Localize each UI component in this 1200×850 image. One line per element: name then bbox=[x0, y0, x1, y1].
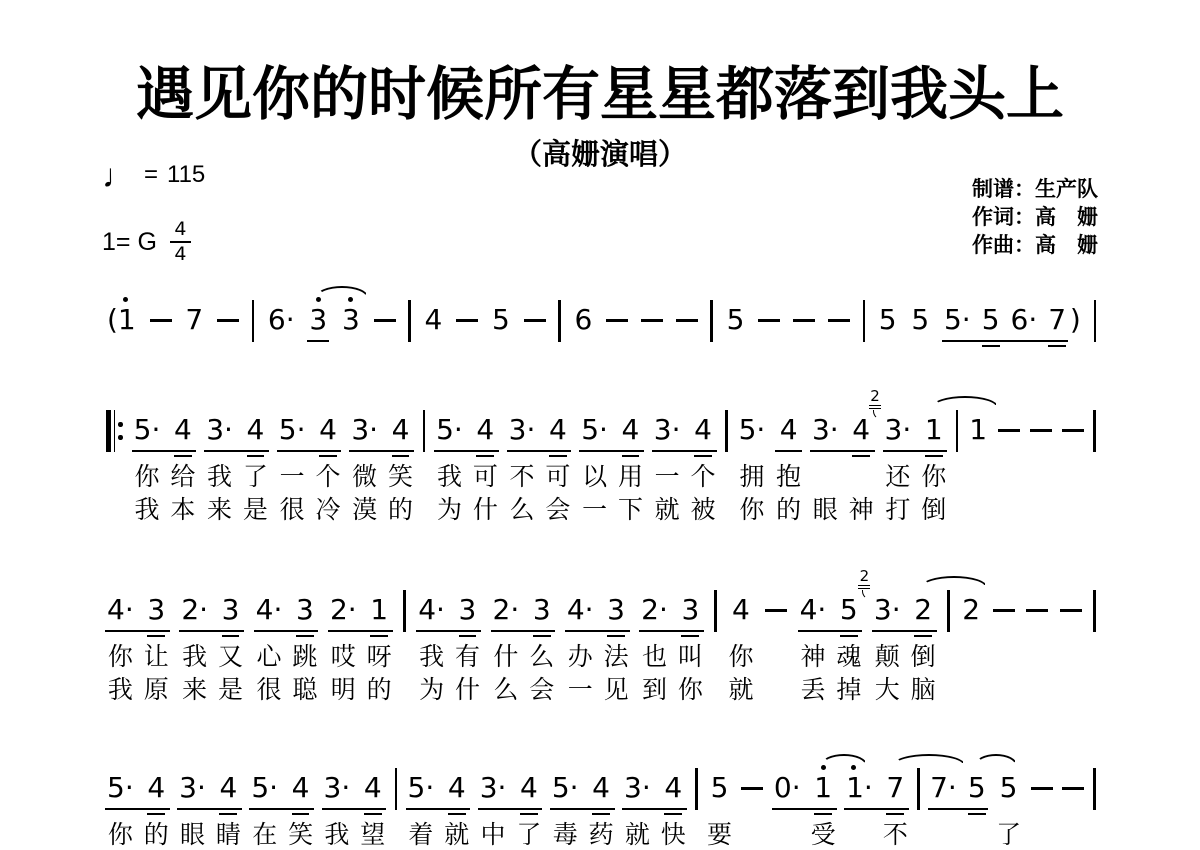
note-group: 3·就4快 bbox=[623, 771, 686, 850]
duration-dash bbox=[217, 319, 239, 322]
lyric: 在 bbox=[252, 820, 277, 850]
lyric: 你 bbox=[739, 495, 764, 525]
note: 1 bbox=[968, 413, 988, 525]
note-number: 3· bbox=[350, 413, 379, 447]
lyric: 是 bbox=[218, 675, 243, 705]
octave-dot bbox=[123, 297, 128, 302]
barline bbox=[725, 410, 727, 452]
lyric: 聪 bbox=[292, 675, 317, 705]
lyric: 眼 bbox=[813, 495, 838, 525]
note-number: 1· bbox=[845, 771, 874, 805]
note-number: 5· bbox=[943, 303, 972, 337]
lyric: 来 bbox=[182, 675, 207, 705]
note-number: 4 bbox=[363, 771, 383, 805]
note-group: 5·你4的 bbox=[106, 771, 169, 850]
note: 4笑的 bbox=[388, 413, 413, 525]
note-group: 3 bbox=[341, 303, 361, 337]
note: 3·就 bbox=[623, 771, 652, 850]
note: 5·你 bbox=[106, 771, 135, 850]
note: 5·在 bbox=[250, 771, 279, 850]
lyric: 你 bbox=[108, 642, 133, 672]
lyric: 原 bbox=[144, 675, 169, 705]
note-group: 5 bbox=[910, 303, 930, 337]
lyric: 望 bbox=[360, 820, 385, 850]
note-number: 4 bbox=[693, 413, 713, 447]
barline bbox=[423, 410, 425, 452]
lyric: 为 bbox=[419, 675, 444, 705]
eighth-beam bbox=[105, 808, 170, 810]
note: 3 bbox=[341, 303, 361, 337]
sixteenth-beam bbox=[592, 813, 610, 815]
lyric: 让 bbox=[144, 642, 169, 672]
sixteenth-beam bbox=[852, 455, 870, 457]
grace-note: 2 bbox=[857, 569, 872, 584]
sixteenth-beam bbox=[448, 813, 466, 815]
tie-arc bbox=[975, 754, 1017, 765]
note-group: 4·神丢5魂掉 bbox=[799, 593, 862, 705]
note: 4 bbox=[424, 303, 444, 337]
lyric: 明 bbox=[331, 675, 356, 705]
note-group: 3·微漠4笑的 bbox=[350, 413, 413, 525]
duration-dash bbox=[998, 429, 1020, 432]
note: 5·我为 bbox=[435, 413, 464, 525]
eighth-beam bbox=[507, 450, 572, 452]
note: 5 bbox=[981, 303, 1001, 337]
sixteenth-beam bbox=[664, 813, 682, 815]
sixteenth-beam bbox=[681, 635, 699, 637]
note: 6· bbox=[267, 303, 296, 337]
note: 2·什么 bbox=[492, 593, 521, 705]
note-number: 4 bbox=[519, 771, 539, 805]
note-number: 3 bbox=[295, 593, 315, 627]
note-number: 4 bbox=[621, 413, 641, 447]
lyric: 神 bbox=[849, 495, 874, 525]
lyric: 办 bbox=[568, 642, 593, 672]
note-number: 5 bbox=[726, 303, 746, 337]
eighth-beam bbox=[177, 808, 242, 810]
lyric: 个 bbox=[691, 462, 716, 492]
lyric: 眼 bbox=[180, 820, 205, 850]
note-number: 6· bbox=[1010, 303, 1039, 337]
octave-dot bbox=[316, 297, 321, 302]
note-group: 5了 bbox=[996, 771, 1021, 850]
eighth-beam bbox=[491, 630, 556, 632]
note: 5· bbox=[943, 303, 972, 337]
duration-dash bbox=[1030, 429, 1052, 432]
lyric: 么 bbox=[529, 642, 554, 672]
note-number: 4 bbox=[146, 771, 166, 805]
note: 1· bbox=[845, 771, 874, 850]
repeat-sign bbox=[106, 410, 123, 452]
note: 1你倒 bbox=[921, 413, 946, 525]
eighth-beam bbox=[622, 808, 687, 810]
sixteenth-beam bbox=[840, 635, 858, 637]
note-number: 2· bbox=[180, 593, 209, 627]
sixteenth-beam bbox=[370, 635, 388, 637]
sixteenth-beam bbox=[459, 635, 477, 637]
note: 4·我为 bbox=[417, 593, 446, 705]
lyric: 我 bbox=[419, 642, 444, 672]
barline bbox=[1093, 590, 1095, 632]
note: 2·也到 bbox=[640, 593, 669, 705]
note-number: 3·2 bbox=[884, 413, 913, 447]
note: 4个被 bbox=[691, 413, 716, 525]
note-group: 7 bbox=[184, 303, 204, 337]
sixteenth-beam bbox=[914, 635, 932, 637]
note-number: 3 bbox=[458, 593, 478, 627]
eighth-beam bbox=[434, 450, 499, 452]
note: 3·不么 bbox=[508, 413, 537, 525]
note-number: 0· bbox=[773, 771, 802, 805]
lyric: 心 bbox=[256, 642, 281, 672]
music-line: 5·你我4给本3·我来4了是5·一很4个冷3·微漠4笑的5·我为4可什3·不么4… bbox=[106, 413, 1096, 525]
note: 4睛 bbox=[216, 771, 241, 850]
octave-dot bbox=[821, 765, 826, 770]
note: 5 bbox=[967, 771, 987, 850]
lyric: 倒 bbox=[921, 495, 946, 525]
note-number: 3 bbox=[341, 303, 361, 337]
duration-dash bbox=[150, 319, 172, 322]
lyric: 么 bbox=[493, 675, 518, 705]
note-group: 5·我为4可什 bbox=[435, 413, 498, 525]
note: 3又是 bbox=[218, 593, 243, 705]
note: 4可什 bbox=[473, 413, 498, 525]
grace-slur bbox=[862, 590, 872, 600]
note-number: 4 bbox=[851, 413, 871, 447]
lyric: 受 bbox=[811, 820, 836, 850]
sixteenth-beam bbox=[968, 813, 986, 815]
note-number: 3· bbox=[623, 771, 652, 805]
lyric: 中 bbox=[481, 820, 506, 850]
duration-dash bbox=[793, 319, 815, 322]
lyric: 的 bbox=[367, 675, 392, 705]
lyric: 个 bbox=[315, 462, 340, 492]
lyric: 叫 bbox=[678, 642, 703, 672]
duration-dash bbox=[524, 319, 546, 322]
note-number: 4 bbox=[548, 413, 568, 447]
lyric: 要 bbox=[707, 820, 732, 850]
eighth-beam bbox=[277, 450, 342, 452]
note: 7 bbox=[1047, 303, 1067, 337]
lyric: 用 bbox=[618, 462, 643, 492]
lyric: 着 bbox=[408, 820, 433, 850]
note: 4可会 bbox=[545, 413, 570, 525]
note: 5·拥你 bbox=[738, 413, 767, 525]
note: 4了 bbox=[516, 771, 541, 850]
lyric: 就 bbox=[444, 820, 469, 850]
note-group: 5·一很4个冷 bbox=[278, 413, 341, 525]
note-number: 5 bbox=[981, 303, 1001, 337]
note: 2 bbox=[961, 593, 981, 705]
note-number: 4 bbox=[424, 303, 444, 337]
note: 3·眼 bbox=[178, 771, 207, 850]
note-number: 3· bbox=[205, 413, 234, 447]
lyric: 的 bbox=[144, 820, 169, 850]
note-group: 3·2颠大2倒脑 bbox=[873, 593, 936, 705]
lyric: 你 bbox=[728, 642, 753, 672]
lyric: 笑 bbox=[388, 462, 413, 492]
note-number: 3 bbox=[221, 593, 241, 627]
note-number: 4 bbox=[318, 413, 338, 447]
music-line: 5·你4的3·眼4睛5·在4笑3·我4望5·着4就3·中4了5·毒4药3·就4快… bbox=[106, 771, 1096, 850]
note-group: 5·拥你 bbox=[738, 413, 767, 525]
note-group: 1 bbox=[968, 413, 988, 525]
note: 5魂掉 bbox=[836, 593, 861, 705]
lyric: 被 bbox=[691, 495, 716, 525]
note: 4·办一 bbox=[566, 593, 595, 705]
note-group: 3·我4望 bbox=[323, 771, 386, 850]
note-number: 5· bbox=[580, 413, 609, 447]
note: 7不 bbox=[883, 771, 908, 850]
grace-note: 2 bbox=[868, 389, 883, 404]
eighth-beam bbox=[639, 630, 704, 632]
lyric: 是 bbox=[243, 495, 268, 525]
sixteenth-beam bbox=[247, 455, 265, 457]
eighth-beam bbox=[883, 450, 948, 452]
lyric: 什 bbox=[493, 642, 518, 672]
note: 1呀的 bbox=[367, 593, 392, 705]
note-group: 2·我来3又是 bbox=[180, 593, 243, 705]
grace-number: 2 bbox=[868, 389, 883, 404]
lyric: 很 bbox=[256, 675, 281, 705]
duration-dash bbox=[1060, 609, 1082, 612]
eighth-beam bbox=[349, 450, 414, 452]
lyric: 可 bbox=[473, 462, 498, 492]
eighth-beam bbox=[105, 630, 170, 632]
lyric: 丢 bbox=[800, 675, 825, 705]
lyric: 抱 bbox=[776, 462, 801, 492]
eighth-beam bbox=[179, 630, 244, 632]
note-number: 4 bbox=[218, 771, 238, 805]
barline bbox=[558, 300, 560, 342]
lyric: 不 bbox=[510, 462, 535, 492]
note-number: 1 bbox=[968, 413, 988, 447]
lyric: 有 bbox=[455, 642, 480, 672]
sixteenth-beam bbox=[174, 455, 192, 457]
eighth-beam bbox=[406, 808, 471, 810]
tie-arc bbox=[316, 286, 368, 297]
duration-dash bbox=[1026, 609, 1048, 612]
note-group: 3 bbox=[308, 303, 328, 337]
eighth-beam bbox=[328, 630, 393, 632]
barline bbox=[714, 590, 716, 632]
note-group: 4抱的 bbox=[776, 413, 801, 525]
note-group: 4 bbox=[424, 303, 444, 337]
note-group: 3·2还打1你倒 bbox=[884, 413, 947, 525]
lyric: 我 bbox=[207, 462, 232, 492]
lyric: 的 bbox=[388, 495, 413, 525]
lyric: 还 bbox=[885, 462, 910, 492]
grace-slur bbox=[873, 410, 883, 420]
note-number: 3 bbox=[532, 593, 552, 627]
note-group: 5 bbox=[726, 303, 746, 337]
eighth-beam bbox=[254, 630, 319, 632]
eighth-beam bbox=[565, 630, 630, 632]
eighth-beam bbox=[844, 808, 909, 810]
sixteenth-beam bbox=[982, 345, 1000, 347]
note-number: 5 bbox=[839, 593, 859, 627]
note: 1受 bbox=[811, 771, 836, 850]
grace-number: 2 bbox=[857, 569, 872, 584]
note: 5·一很 bbox=[278, 413, 307, 525]
lyric: 神 bbox=[800, 642, 825, 672]
note: 4药 bbox=[589, 771, 614, 850]
barline bbox=[395, 768, 397, 810]
note: 3·2颠大 bbox=[873, 593, 902, 705]
note: 3·眼 bbox=[811, 413, 840, 525]
note-number: 3 bbox=[146, 593, 166, 627]
note: 3·我 bbox=[323, 771, 352, 850]
lyric: 脑 bbox=[911, 675, 936, 705]
lyric: 我 bbox=[134, 495, 159, 525]
lyric: 也 bbox=[642, 642, 667, 672]
duration-dash bbox=[1062, 787, 1084, 790]
note-number: 5 bbox=[710, 771, 730, 805]
note: 4就 bbox=[444, 771, 469, 850]
lyric: 大 bbox=[875, 675, 900, 705]
note: 3么会 bbox=[529, 593, 554, 705]
lyric: 毒 bbox=[553, 820, 578, 850]
note-number: 1 bbox=[813, 771, 833, 805]
note: 5·着 bbox=[407, 771, 436, 850]
note: 5 bbox=[491, 303, 511, 337]
note-group: 4·办一3法见 bbox=[566, 593, 629, 705]
note-number: 4 bbox=[591, 771, 611, 805]
sixteenth-beam bbox=[1048, 345, 1066, 347]
sixteenth-beam bbox=[147, 813, 165, 815]
note-number: 4 bbox=[663, 771, 683, 805]
note-number: 5 bbox=[910, 303, 930, 337]
lyric: 会 bbox=[545, 495, 570, 525]
lyric: 睛 bbox=[216, 820, 241, 850]
note-number: 3·2 bbox=[873, 593, 902, 627]
eighth-beam bbox=[810, 450, 875, 452]
lyric: 我 bbox=[437, 462, 462, 492]
measure-row: 5·你4的3·眼4睛5·在4笑3·我4望5·着4就3·中4了5·毒4药3·就4快… bbox=[106, 771, 1096, 850]
note-number: 5· bbox=[106, 771, 135, 805]
note-number: 4 bbox=[173, 413, 193, 447]
lyric: 哎 bbox=[331, 642, 356, 672]
lyric: 就 bbox=[625, 820, 650, 850]
barline bbox=[917, 768, 919, 810]
note-group: 5 bbox=[491, 303, 511, 337]
note-group: 5要 bbox=[707, 771, 732, 850]
note: 3有什 bbox=[455, 593, 480, 705]
lyric: 魂 bbox=[836, 642, 861, 672]
lyric: 你 bbox=[921, 462, 946, 492]
duration-dash bbox=[1031, 787, 1053, 790]
lyric: 一 bbox=[280, 462, 305, 492]
note: 7· bbox=[929, 771, 958, 850]
note-number: 5· bbox=[407, 771, 436, 805]
note-group: 4·你我3让原 bbox=[106, 593, 169, 705]
note: (1 bbox=[106, 303, 137, 337]
note: 5 bbox=[726, 303, 746, 337]
note: 5要 bbox=[707, 771, 732, 850]
duration-dash bbox=[765, 609, 787, 612]
note-group: 6 bbox=[574, 303, 594, 337]
note: 3·一就 bbox=[653, 413, 682, 525]
sixteenth-beam bbox=[219, 813, 237, 815]
lyric: 跳 bbox=[292, 642, 317, 672]
lyric: 你 bbox=[678, 675, 703, 705]
note: 5·以一 bbox=[580, 413, 609, 525]
duration-dash bbox=[1062, 429, 1084, 432]
lyric: 就 bbox=[655, 495, 680, 525]
lyric: 掉 bbox=[836, 675, 861, 705]
note: 4抱的 bbox=[776, 413, 801, 525]
note-number: 4 bbox=[475, 413, 495, 447]
lyric: 我 bbox=[108, 675, 133, 705]
barline bbox=[710, 300, 712, 342]
note: 4笑 bbox=[288, 771, 313, 850]
note-number: 4 bbox=[291, 771, 311, 805]
note: 4用下 bbox=[618, 413, 643, 525]
note-number: 4· bbox=[255, 593, 284, 627]
eighth-beam bbox=[322, 808, 387, 810]
note: 4·神丢 bbox=[799, 593, 828, 705]
tie-arc bbox=[821, 754, 867, 765]
lyric: 呀 bbox=[367, 642, 392, 672]
lyric: 打 bbox=[885, 495, 910, 525]
duration-dash bbox=[676, 319, 698, 322]
lyric: 来 bbox=[207, 495, 232, 525]
lyric: 法 bbox=[604, 642, 629, 672]
note: 5了 bbox=[996, 771, 1021, 850]
lyric: 一 bbox=[568, 675, 593, 705]
duration-dash bbox=[828, 319, 850, 322]
lyric: 了 bbox=[516, 820, 541, 850]
lyric: 为 bbox=[437, 495, 462, 525]
sixteenth-beam bbox=[607, 635, 625, 637]
lyric: 倒 bbox=[911, 642, 936, 672]
note-number: 2· bbox=[329, 593, 358, 627]
note-number: 5· bbox=[250, 771, 279, 805]
sixteenth-beam bbox=[392, 455, 410, 457]
sixteenth-beam bbox=[476, 455, 494, 457]
note-group: 5·56·7 bbox=[943, 303, 1067, 337]
eighth-beam bbox=[775, 450, 802, 452]
duration-dash bbox=[741, 787, 763, 790]
note: 3·微漠 bbox=[350, 413, 379, 525]
lyric: 以 bbox=[582, 462, 607, 492]
lyric: 颠 bbox=[875, 642, 900, 672]
measure-row: 4·你我3让原2·我来3又是4·心很3跳聪2·哎明1呀的4·我为3有什2·什么3… bbox=[106, 593, 1096, 705]
lyric: 会 bbox=[529, 675, 554, 705]
note-number: 5 bbox=[967, 771, 987, 805]
sixteenth-beam bbox=[622, 455, 640, 457]
measure-row: (176·334565555·56·7) bbox=[106, 303, 1096, 342]
note: 4给本 bbox=[170, 413, 195, 525]
note: 5 bbox=[878, 303, 898, 337]
note-number: 7 bbox=[184, 303, 204, 337]
eighth-beam bbox=[652, 450, 717, 452]
eighth-beam bbox=[204, 450, 269, 452]
duration-dash bbox=[606, 319, 628, 322]
lyric: 的 bbox=[776, 495, 801, 525]
duration-dash bbox=[993, 609, 1015, 612]
eighth-beam bbox=[928, 808, 988, 810]
lyric: 拥 bbox=[739, 462, 764, 492]
note: 3跳聪 bbox=[292, 593, 317, 705]
note: 3 bbox=[308, 303, 328, 337]
note: 4快 bbox=[661, 771, 686, 850]
sixteenth-beam bbox=[520, 813, 538, 815]
sixteenth-beam bbox=[222, 635, 240, 637]
note-number: 3· bbox=[323, 771, 352, 805]
note-number: 7· bbox=[929, 771, 958, 805]
note-number: 5 bbox=[878, 303, 898, 337]
